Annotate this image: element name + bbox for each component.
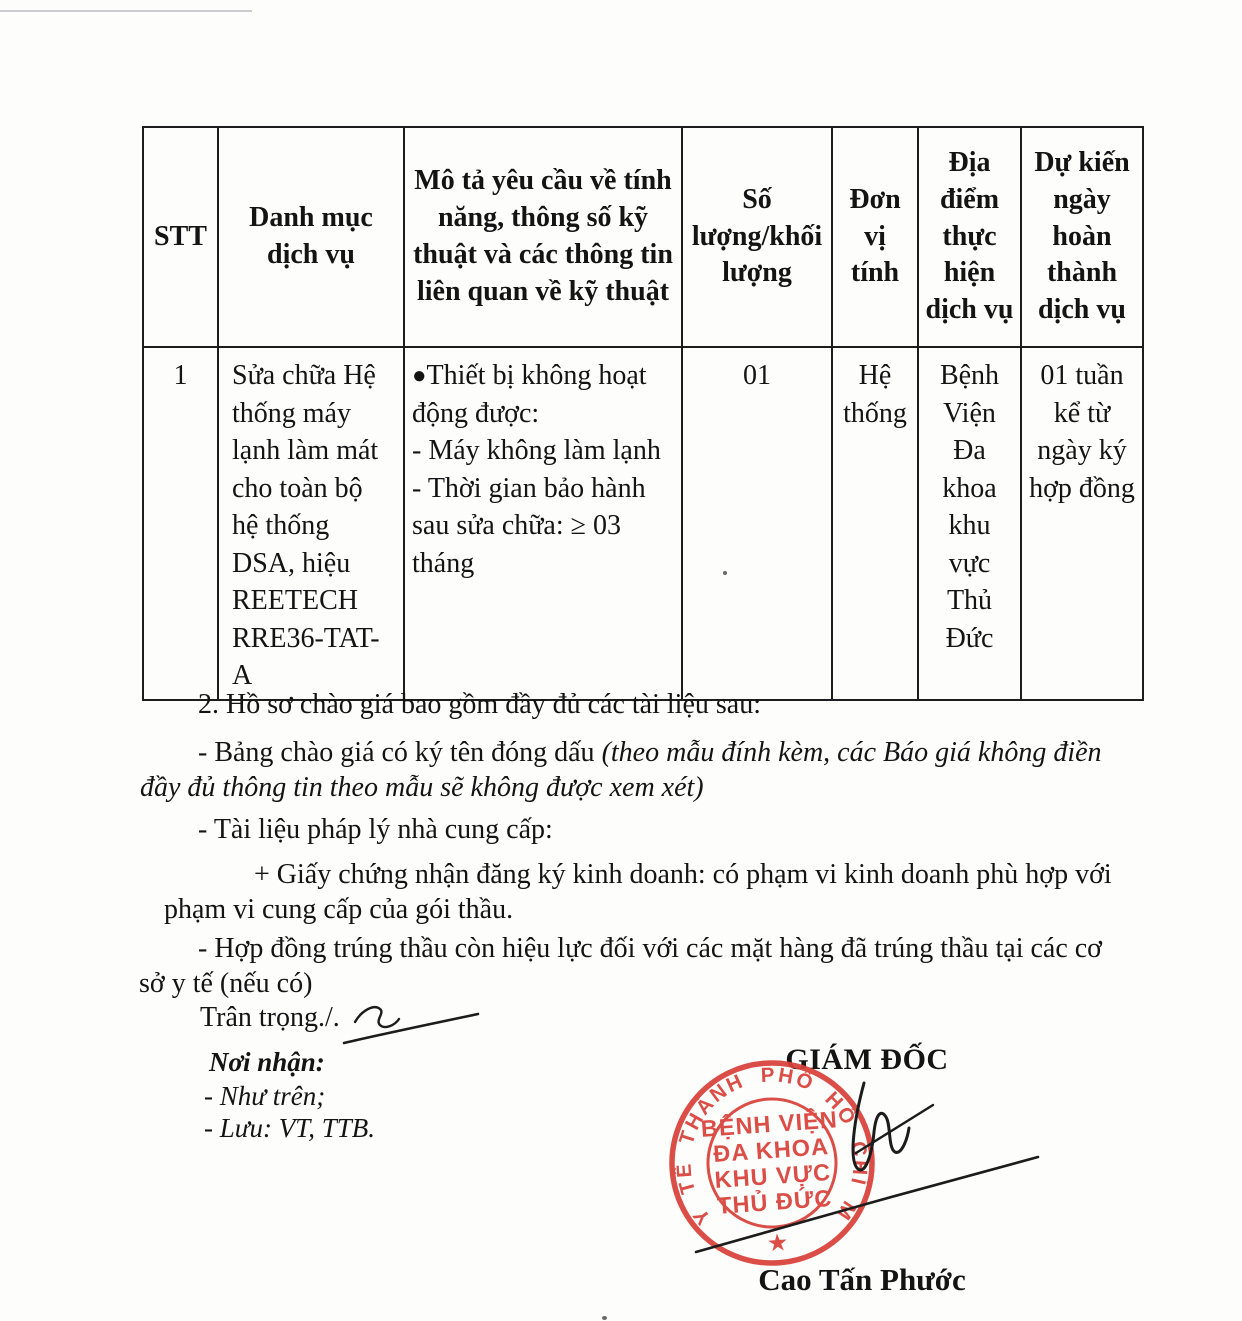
cell-du-kien: 01 tuần kể từ ngày ký hợp đồng [1021, 347, 1143, 700]
paragraph-hop-dong-line1: - Hợp đồng trúng thầu còn hiệu lực đối v… [198, 932, 1102, 966]
col-header-don-vi: Đơn vị tính [832, 127, 918, 347]
paragraph-ho-so: 2. Hồ sơ chào giá bao gồm đầy đủ các tài… [198, 688, 761, 722]
scan-artifact-line [0, 10, 252, 12]
paragraph-bang-chao-gia-line1: - Bảng chào giá có ký tên đóng dấu (theo… [198, 736, 1102, 770]
hospital-round-stamp: SỞ Y TẾ THÀNH PHỐ HỒ CHÍ MINH BỆNH VIỆN … [657, 1048, 887, 1278]
paragraph-bang-chao-gia-line2: đầy đủ thông tin theo mẫu sẽ không được … [140, 771, 704, 805]
col-header-du-kien: Dự kiến ngày hoàn thành dịch vụ [1021, 127, 1143, 347]
cell-mo-ta: ●Thiết bị không hoạt động được: - Máy kh… [404, 347, 682, 700]
mo-ta-line: - Thời gian bảo hành sau sửa chữa: ≥ 03 … [412, 470, 677, 583]
paragraph-giay-chung-nhan-line2: phạm vi cung cấp của gói thầu. [164, 893, 513, 927]
stamp-star-icon: ★ [766, 1229, 789, 1257]
service-spec-table: STT Danh mục dịch vụ Mô tả yêu cầu về tí… [142, 126, 1144, 701]
col-header-danh-muc: Danh mục dịch vụ [218, 127, 404, 347]
cell-so-luong: 01 [682, 347, 832, 700]
paragraph-hop-dong-line2: sở y tế (nếu có) [139, 967, 312, 1001]
bullet-icon: ● [412, 363, 427, 389]
table-row: 1 Sửa chữa Hệ thống máy lạnh làm mát cho… [143, 347, 1143, 700]
paragraph-tai-lieu-phap-ly: - Tài liệu pháp lý nhà cung cấp: [198, 813, 553, 847]
cell-danh-muc: Sửa chữa Hệ thống máy lạnh làm mát cho t… [218, 347, 404, 700]
mo-ta-intro: ●Thiết bị không hoạt động được: [412, 357, 677, 432]
col-header-mo-ta: Mô tả yêu cầu về tính năng, thông số kỹ … [404, 127, 682, 347]
recipients-title: Nơi nhận: [209, 1046, 325, 1078]
closing-text: Trân trọng./. [200, 1001, 340, 1035]
col-header-dia-diem: Địa điểm thực hiện dịch vụ [918, 127, 1021, 347]
col-header-so-luong: Số lượng/khối lượng [682, 127, 832, 347]
document-page: STT Danh mục dịch vụ Mô tả yêu cầu về tí… [0, 0, 1242, 1321]
cell-stt: 1 [143, 347, 218, 700]
closing-pen-mark [355, 1007, 399, 1027]
recipient-item: - Như trên; [204, 1080, 325, 1112]
cell-don-vi: Hệ thống [832, 347, 918, 700]
mo-ta-line: - Máy không làm lạnh [412, 432, 677, 470]
paragraph-giay-chung-nhan-line1: + Giấy chứng nhận đăng ký kinh doanh: có… [254, 858, 1112, 892]
closing-pen-slash [344, 1014, 478, 1043]
scan-speck [602, 1316, 607, 1320]
recipient-item: - Lưu: VT, TTB. [204, 1112, 375, 1144]
cell-dia-diem: Bệnh Viện Đa khoa khu vực Thủ Đức [918, 347, 1021, 700]
col-header-stt: STT [143, 127, 218, 347]
table-header-row: STT Danh mục dịch vụ Mô tả yêu cầu về tí… [143, 127, 1143, 347]
